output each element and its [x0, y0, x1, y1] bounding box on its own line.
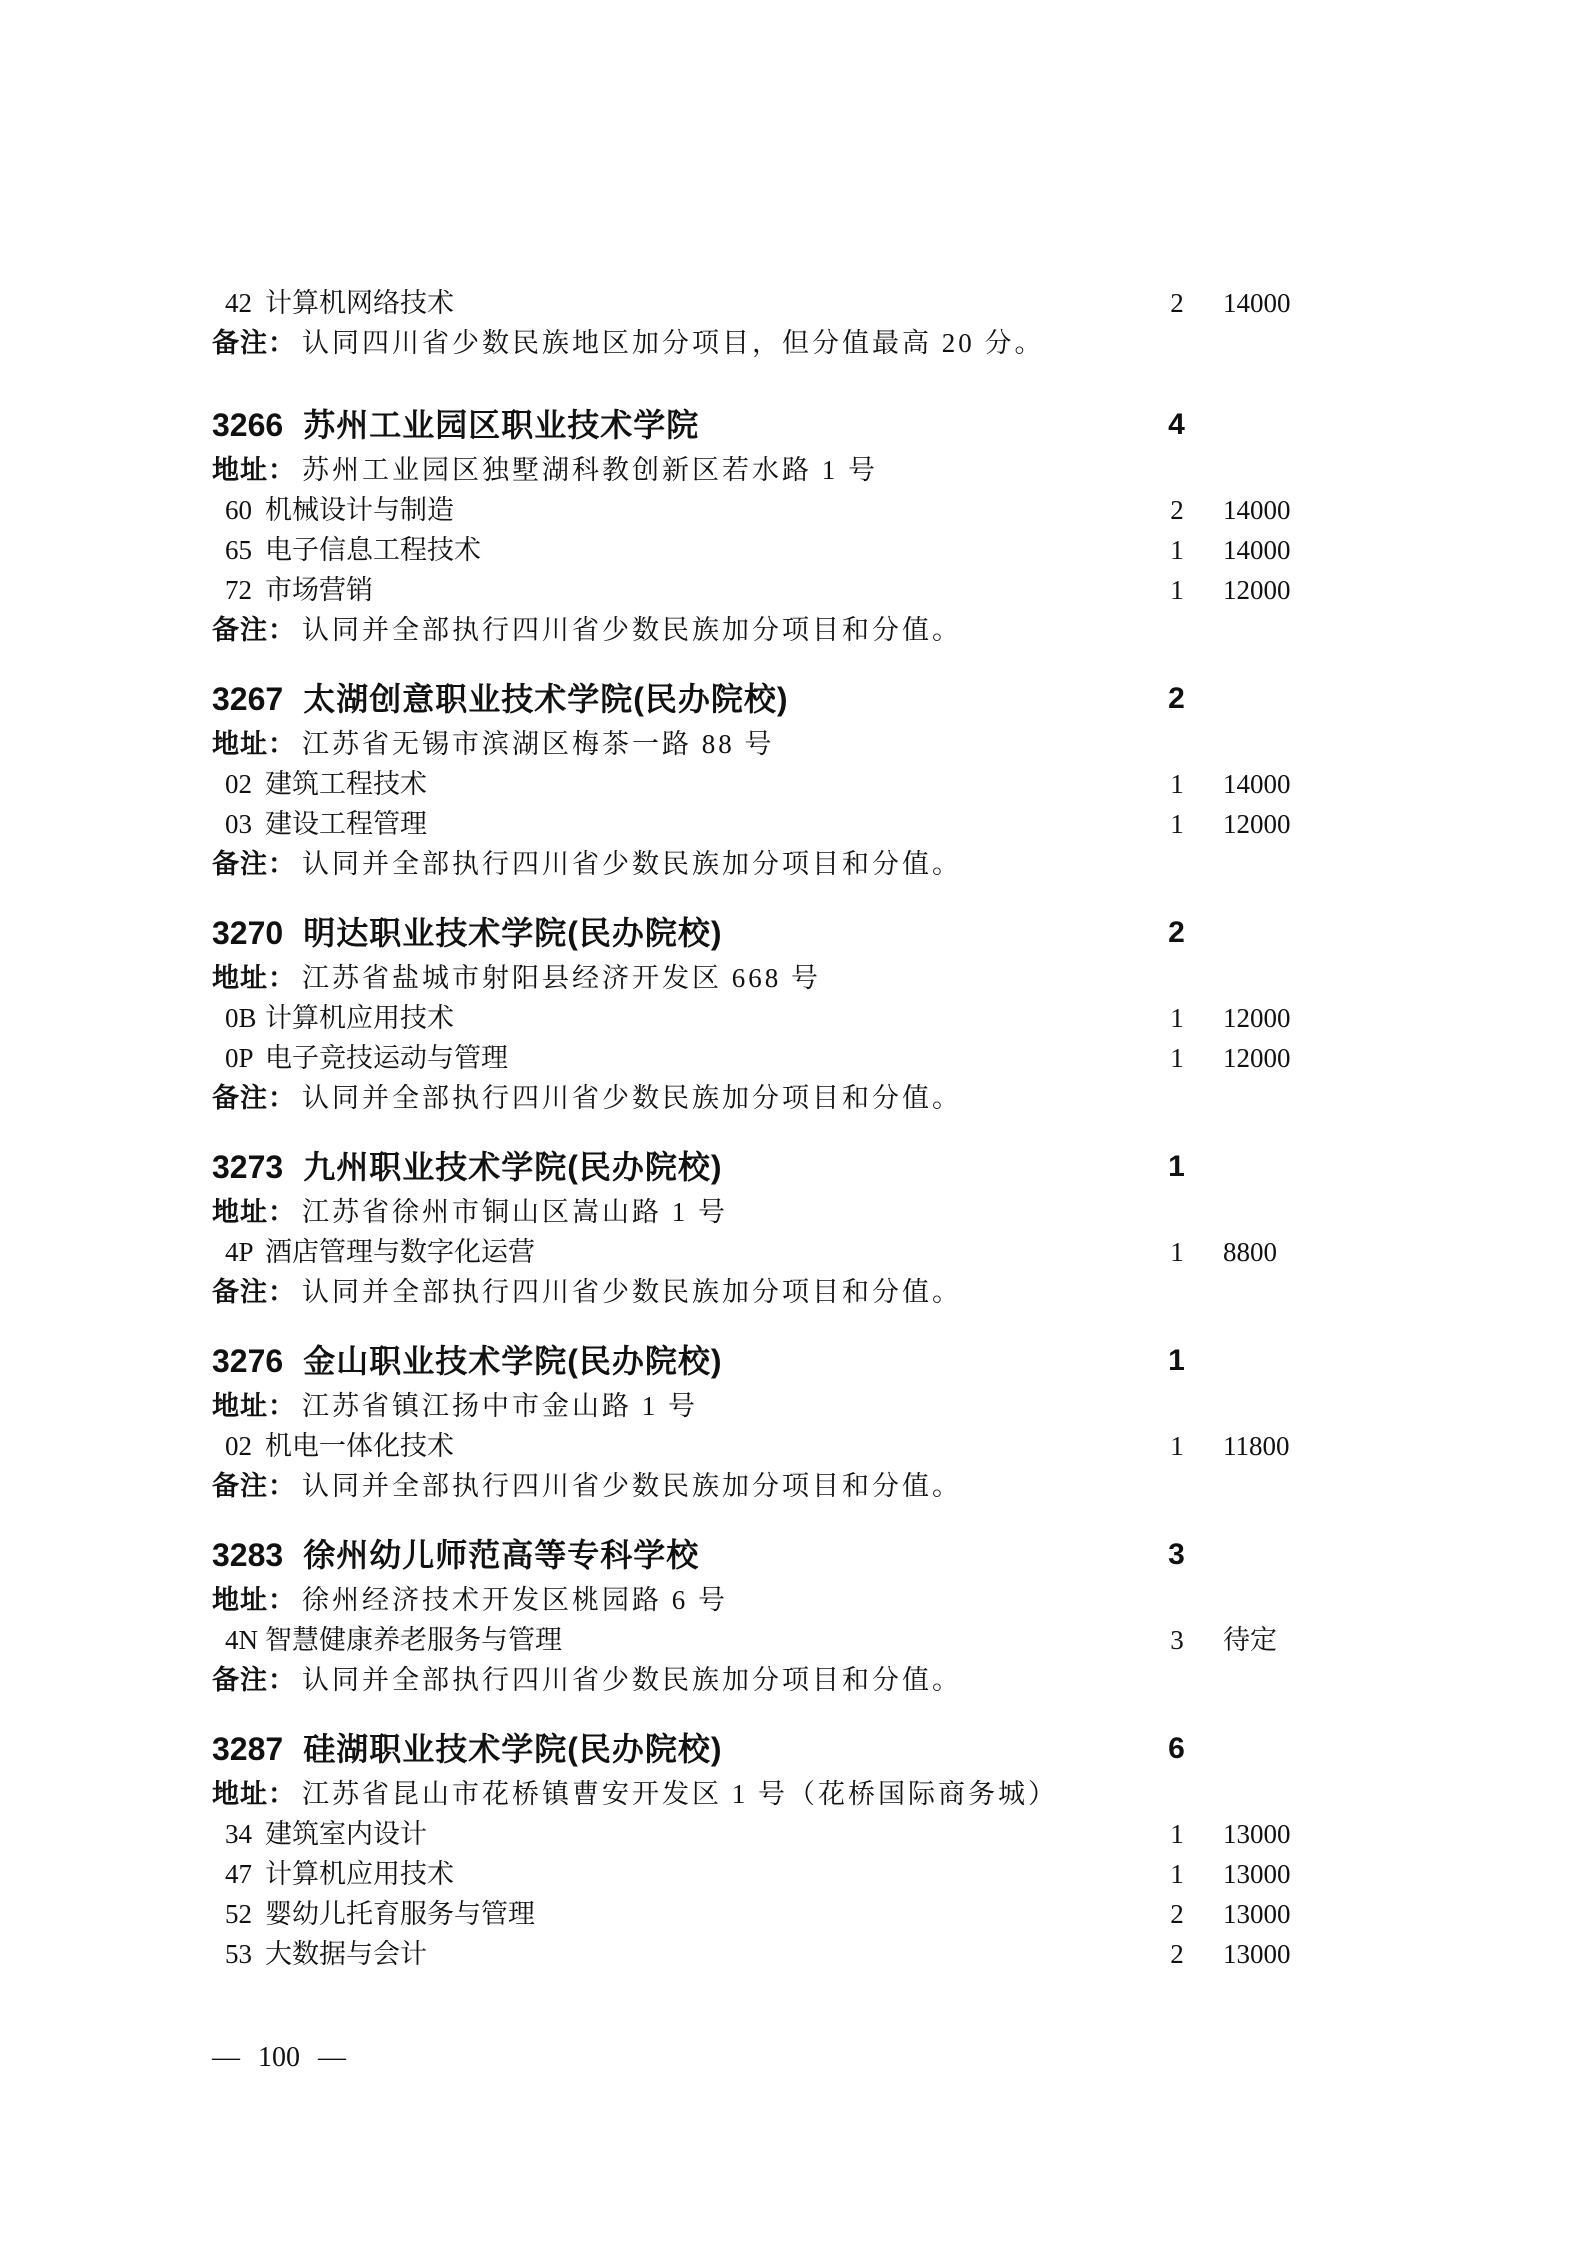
- address-label: 地址：: [212, 1391, 296, 1421]
- school-total-quota: 2: [1157, 674, 1197, 724]
- major-quota: 1: [1157, 764, 1197, 804]
- school-code: 3266: [212, 407, 283, 443]
- address-label: 地址：: [212, 1779, 296, 1809]
- school-header: 3270明达职业技术学院(民办院校) 2: [212, 908, 1422, 958]
- address-text: 江苏省镇江扬中市金山路 1 号: [302, 1391, 698, 1421]
- major-name: 智慧健康养老服务与管理: [265, 1625, 562, 1655]
- remark-text: 认同并全部执行四川省少数民族加分项目和分值。: [302, 1665, 962, 1695]
- major-fee: 13000: [1223, 1854, 1373, 1894]
- major-row: 47计算机应用技术 1 13000: [212, 1854, 1422, 1894]
- major-quota: 2: [1157, 1934, 1197, 1974]
- major-fee: 13000: [1223, 1894, 1373, 1934]
- major-code: 52: [225, 1894, 265, 1934]
- address-row: 地址：苏州工业园区独墅湖科教创新区若水路 1 号: [212, 450, 1422, 490]
- major-name: 大数据与会计: [265, 1939, 427, 1969]
- major-row: 60机械设计与制造 2 14000: [212, 490, 1422, 530]
- major-quota: 1: [1157, 998, 1197, 1038]
- school-name: 太湖创意职业技术学院(民办院校): [303, 681, 788, 717]
- school-code: 3273: [212, 1149, 283, 1185]
- major-quota: 1: [1157, 1854, 1197, 1894]
- majors-list: 0B计算机应用技术 1 12000 0P电子竞技运动与管理 1 12000: [212, 998, 1422, 1078]
- address-row: 地址：江苏省昆山市花桥镇曹安开发区 1 号（花桥国际商务城）: [212, 1774, 1422, 1814]
- major-code: 60: [225, 490, 265, 530]
- major-code: 4P: [225, 1232, 265, 1272]
- major-fee: 14000: [1223, 764, 1373, 804]
- major-row: 0P电子竞技运动与管理 1 12000: [212, 1038, 1422, 1078]
- major-name: 电子信息工程技术: [265, 535, 481, 565]
- major-row: 02机电一体化技术 1 11800: [212, 1426, 1422, 1466]
- remark-text: 认同并全部执行四川省少数民族加分项目和分值。: [302, 1083, 962, 1113]
- remark-text: 认同并全部执行四川省少数民族加分项目和分值。: [302, 615, 962, 645]
- majors-list: 4P酒店管理与数字化运营 1 8800: [212, 1232, 1422, 1272]
- major-quota: 1: [1157, 804, 1197, 844]
- address-label: 地址：: [212, 1585, 296, 1615]
- school-name: 明达职业技术学院(民办院校): [303, 915, 722, 951]
- school-header: 3276金山职业技术学院(民办院校) 1: [212, 1336, 1422, 1386]
- school-section: 3276金山职业技术学院(民办院校) 1 地址：江苏省镇江扬中市金山路 1 号 …: [212, 1336, 1422, 1506]
- major-code: 65: [225, 530, 265, 570]
- remark-row: 备注：认同四川省少数民族地区加分项目，但分值最高 20 分。: [212, 323, 1422, 363]
- major-code: 02: [225, 1426, 265, 1466]
- major-fee: 12000: [1223, 1038, 1373, 1078]
- major-fee: 13000: [1223, 1814, 1373, 1854]
- remark-row: 备注：认同并全部执行四川省少数民族加分项目和分值。: [212, 1660, 1422, 1700]
- remark-row: 备注：认同并全部执行四川省少数民族加分项目和分值。: [212, 1466, 1422, 1506]
- school-header: 3283徐州幼儿师范高等专科学校 3: [212, 1530, 1422, 1580]
- major-quota: 1: [1157, 530, 1197, 570]
- document-page: 42计算机网络技术 2 14000 备注：认同四川省少数民族地区加分项目，但分值…: [0, 0, 1587, 2245]
- major-fee: 11800: [1223, 1426, 1373, 1466]
- major-fee: 14000: [1223, 283, 1373, 323]
- remark-label: 备注：: [212, 1083, 296, 1113]
- school-code: 3267: [212, 681, 283, 717]
- major-fee: 14000: [1223, 490, 1373, 530]
- school-total-quota: 1: [1157, 1336, 1197, 1386]
- continued-section: 42计算机网络技术 2 14000 备注：认同四川省少数民族地区加分项目，但分值…: [212, 283, 1422, 363]
- major-row: 52婴幼儿托育服务与管理 2 13000: [212, 1894, 1422, 1934]
- school-section: 3270明达职业技术学院(民办院校) 2 地址：江苏省盐城市射阳县经济开发区 6…: [212, 908, 1422, 1118]
- major-quota: 3: [1157, 1620, 1197, 1660]
- address-row: 地址：江苏省镇江扬中市金山路 1 号: [212, 1386, 1422, 1426]
- school-section: 3287硅湖职业技术学院(民办院校) 6 地址：江苏省昆山市花桥镇曹安开发区 1…: [212, 1724, 1422, 1974]
- majors-list: 02建筑工程技术 1 14000 03建设工程管理 1 12000: [212, 764, 1422, 844]
- school-name: 苏州工业园区职业技术学院: [303, 407, 699, 443]
- remark-text: 认同并全部执行四川省少数民族加分项目和分值。: [302, 849, 962, 879]
- footer-dash-left: —: [212, 2042, 240, 2074]
- majors-list: 02机电一体化技术 1 11800: [212, 1426, 1422, 1466]
- school-total-quota: 2: [1157, 908, 1197, 958]
- major-row: 02建筑工程技术 1 14000: [212, 764, 1422, 804]
- majors-list: 4N智慧健康养老服务与管理 3 待定: [212, 1620, 1422, 1660]
- remark-text: 认同并全部执行四川省少数民族加分项目和分值。: [302, 1471, 962, 1501]
- remark-label: 备注：: [212, 328, 296, 358]
- address-text: 徐州经济技术开发区桃园路 6 号: [302, 1585, 728, 1615]
- major-code: 0B: [225, 998, 265, 1038]
- major-name: 婴幼儿托育服务与管理: [265, 1899, 535, 1929]
- major-name: 机械设计与制造: [265, 495, 454, 525]
- major-code: 42: [225, 283, 265, 323]
- address-text: 江苏省昆山市花桥镇曹安开发区 1 号（花桥国际商务城）: [302, 1779, 1058, 1809]
- school-section: 3267太湖创意职业技术学院(民办院校) 2 地址：江苏省无锡市滨湖区梅茶一路 …: [212, 674, 1422, 884]
- address-row: 地址：徐州经济技术开发区桃园路 6 号: [212, 1580, 1422, 1620]
- majors-list: 60机械设计与制造 2 14000 65电子信息工程技术 1 14000 72市…: [212, 490, 1422, 610]
- major-code: 72: [225, 570, 265, 610]
- remark-label: 备注：: [212, 1665, 296, 1695]
- major-code: 53: [225, 1934, 265, 1974]
- remark-label: 备注：: [212, 615, 296, 645]
- school-total-quota: 4: [1157, 400, 1197, 450]
- school-total-quota: 1: [1157, 1142, 1197, 1192]
- address-label: 地址：: [212, 729, 296, 759]
- major-quota: 1: [1157, 1038, 1197, 1078]
- major-name: 计算机网络技术: [265, 288, 454, 318]
- major-fee: 待定: [1223, 1620, 1373, 1660]
- major-name: 建筑室内设计: [265, 1819, 427, 1849]
- major-fee: 14000: [1223, 530, 1373, 570]
- major-quota: 1: [1157, 1232, 1197, 1272]
- major-row: 4N智慧健康养老服务与管理 3 待定: [212, 1620, 1422, 1660]
- major-name: 计算机应用技术: [265, 1003, 454, 1033]
- major-quota: 2: [1157, 1894, 1197, 1934]
- remark-row: 备注：认同并全部执行四川省少数民族加分项目和分值。: [212, 610, 1422, 650]
- remark-text: 认同并全部执行四川省少数民族加分项目和分值。: [302, 1277, 962, 1307]
- majors-list: 34建筑室内设计 1 13000 47计算机应用技术 1 13000 52婴幼儿…: [212, 1814, 1422, 1974]
- school-name: 硅湖职业技术学院(民办院校): [303, 1731, 722, 1767]
- address-label: 地址：: [212, 455, 296, 485]
- remark-row: 备注：认同并全部执行四川省少数民族加分项目和分值。: [212, 1078, 1422, 1118]
- page-number: 100: [258, 2042, 300, 2074]
- major-fee: 12000: [1223, 998, 1373, 1038]
- major-fee: 8800: [1223, 1232, 1373, 1272]
- major-name: 机电一体化技术: [265, 1431, 454, 1461]
- address-text: 苏州工业园区独墅湖科教创新区若水路 1 号: [302, 455, 878, 485]
- major-fee: 13000: [1223, 1934, 1373, 1974]
- address-row: 地址：江苏省盐城市射阳县经济开发区 668 号: [212, 958, 1422, 998]
- major-fee: 12000: [1223, 570, 1373, 610]
- school-name: 金山职业技术学院(民办院校): [303, 1343, 722, 1379]
- major-quota: 1: [1157, 570, 1197, 610]
- major-code: 0P: [225, 1038, 265, 1078]
- major-code: 02: [225, 764, 265, 804]
- major-row: 34建筑室内设计 1 13000: [212, 1814, 1422, 1854]
- school-list: 3266苏州工业园区职业技术学院 4 地址：苏州工业园区独墅湖科教创新区若水路 …: [212, 400, 1422, 1974]
- school-code: 3283: [212, 1537, 283, 1573]
- school-header: 3273九州职业技术学院(民办院校) 1: [212, 1142, 1422, 1192]
- remark-row: 备注：认同并全部执行四川省少数民族加分项目和分值。: [212, 844, 1422, 884]
- school-total-quota: 3: [1157, 1530, 1197, 1580]
- major-fee: 12000: [1223, 804, 1373, 844]
- address-text: 江苏省徐州市铜山区嵩山路 1 号: [302, 1197, 728, 1227]
- school-header: 3267太湖创意职业技术学院(民办院校) 2: [212, 674, 1422, 724]
- major-quota: 2: [1157, 490, 1197, 530]
- major-row: 65电子信息工程技术 1 14000: [212, 530, 1422, 570]
- school-header: 3287硅湖职业技术学院(民办院校) 6: [212, 1724, 1422, 1774]
- address-row: 地址：江苏省徐州市铜山区嵩山路 1 号: [212, 1192, 1422, 1232]
- major-code: 47: [225, 1854, 265, 1894]
- major-row: 72市场营销 1 12000: [212, 570, 1422, 610]
- page-footer: — 100 —: [212, 2042, 346, 2074]
- school-name: 徐州幼儿师范高等专科学校: [303, 1537, 699, 1573]
- footer-dash-right: —: [318, 2042, 346, 2074]
- school-section: 3266苏州工业园区职业技术学院 4 地址：苏州工业园区独墅湖科教创新区若水路 …: [212, 400, 1422, 650]
- major-name: 电子竞技运动与管理: [265, 1043, 508, 1073]
- school-section: 3283徐州幼儿师范高等专科学校 3 地址：徐州经济技术开发区桃园路 6 号 4…: [212, 1530, 1422, 1700]
- school-code: 3270: [212, 915, 283, 951]
- major-row: 0B计算机应用技术 1 12000: [212, 998, 1422, 1038]
- major-name: 计算机应用技术: [265, 1859, 454, 1889]
- major-name: 建筑工程技术: [265, 769, 427, 799]
- major-row: 53大数据与会计 2 13000: [212, 1934, 1422, 1974]
- address-label: 地址：: [212, 1197, 296, 1227]
- school-header: 3266苏州工业园区职业技术学院 4: [212, 400, 1422, 450]
- remark-text: 认同四川省少数民族地区加分项目，但分值最高 20 分。: [302, 328, 1045, 358]
- major-row: 4P酒店管理与数字化运营 1 8800: [212, 1232, 1422, 1272]
- major-name: 建设工程管理: [265, 809, 427, 839]
- address-text: 江苏省盐城市射阳县经济开发区 668 号: [302, 963, 821, 993]
- major-code: 4N: [225, 1620, 265, 1660]
- address-text: 江苏省无锡市滨湖区梅茶一路 88 号: [302, 729, 775, 759]
- major-quota: 1: [1157, 1426, 1197, 1466]
- school-name: 九州职业技术学院(民办院校): [303, 1149, 722, 1185]
- school-total-quota: 6: [1157, 1724, 1197, 1774]
- major-quota: 1: [1157, 1814, 1197, 1854]
- major-row: 03建设工程管理 1 12000: [212, 804, 1422, 844]
- address-row: 地址：江苏省无锡市滨湖区梅茶一路 88 号: [212, 724, 1422, 764]
- remark-label: 备注：: [212, 1277, 296, 1307]
- remark-row: 备注：认同并全部执行四川省少数民族加分项目和分值。: [212, 1272, 1422, 1312]
- major-row: 42计算机网络技术 2 14000: [212, 283, 1422, 323]
- school-section: 3273九州职业技术学院(民办院校) 1 地址：江苏省徐州市铜山区嵩山路 1 号…: [212, 1142, 1422, 1312]
- major-name: 市场营销: [265, 575, 373, 605]
- remark-label: 备注：: [212, 849, 296, 879]
- major-quota: 2: [1157, 283, 1197, 323]
- major-code: 03: [225, 804, 265, 844]
- page-content: 42计算机网络技术 2 14000 备注：认同四川省少数民族地区加分项目，但分值…: [212, 283, 1422, 1974]
- school-code: 3287: [212, 1731, 283, 1767]
- major-name: 酒店管理与数字化运营: [265, 1237, 535, 1267]
- school-code: 3276: [212, 1343, 283, 1379]
- address-label: 地址：: [212, 963, 296, 993]
- major-code: 34: [225, 1814, 265, 1854]
- remark-label: 备注：: [212, 1471, 296, 1501]
